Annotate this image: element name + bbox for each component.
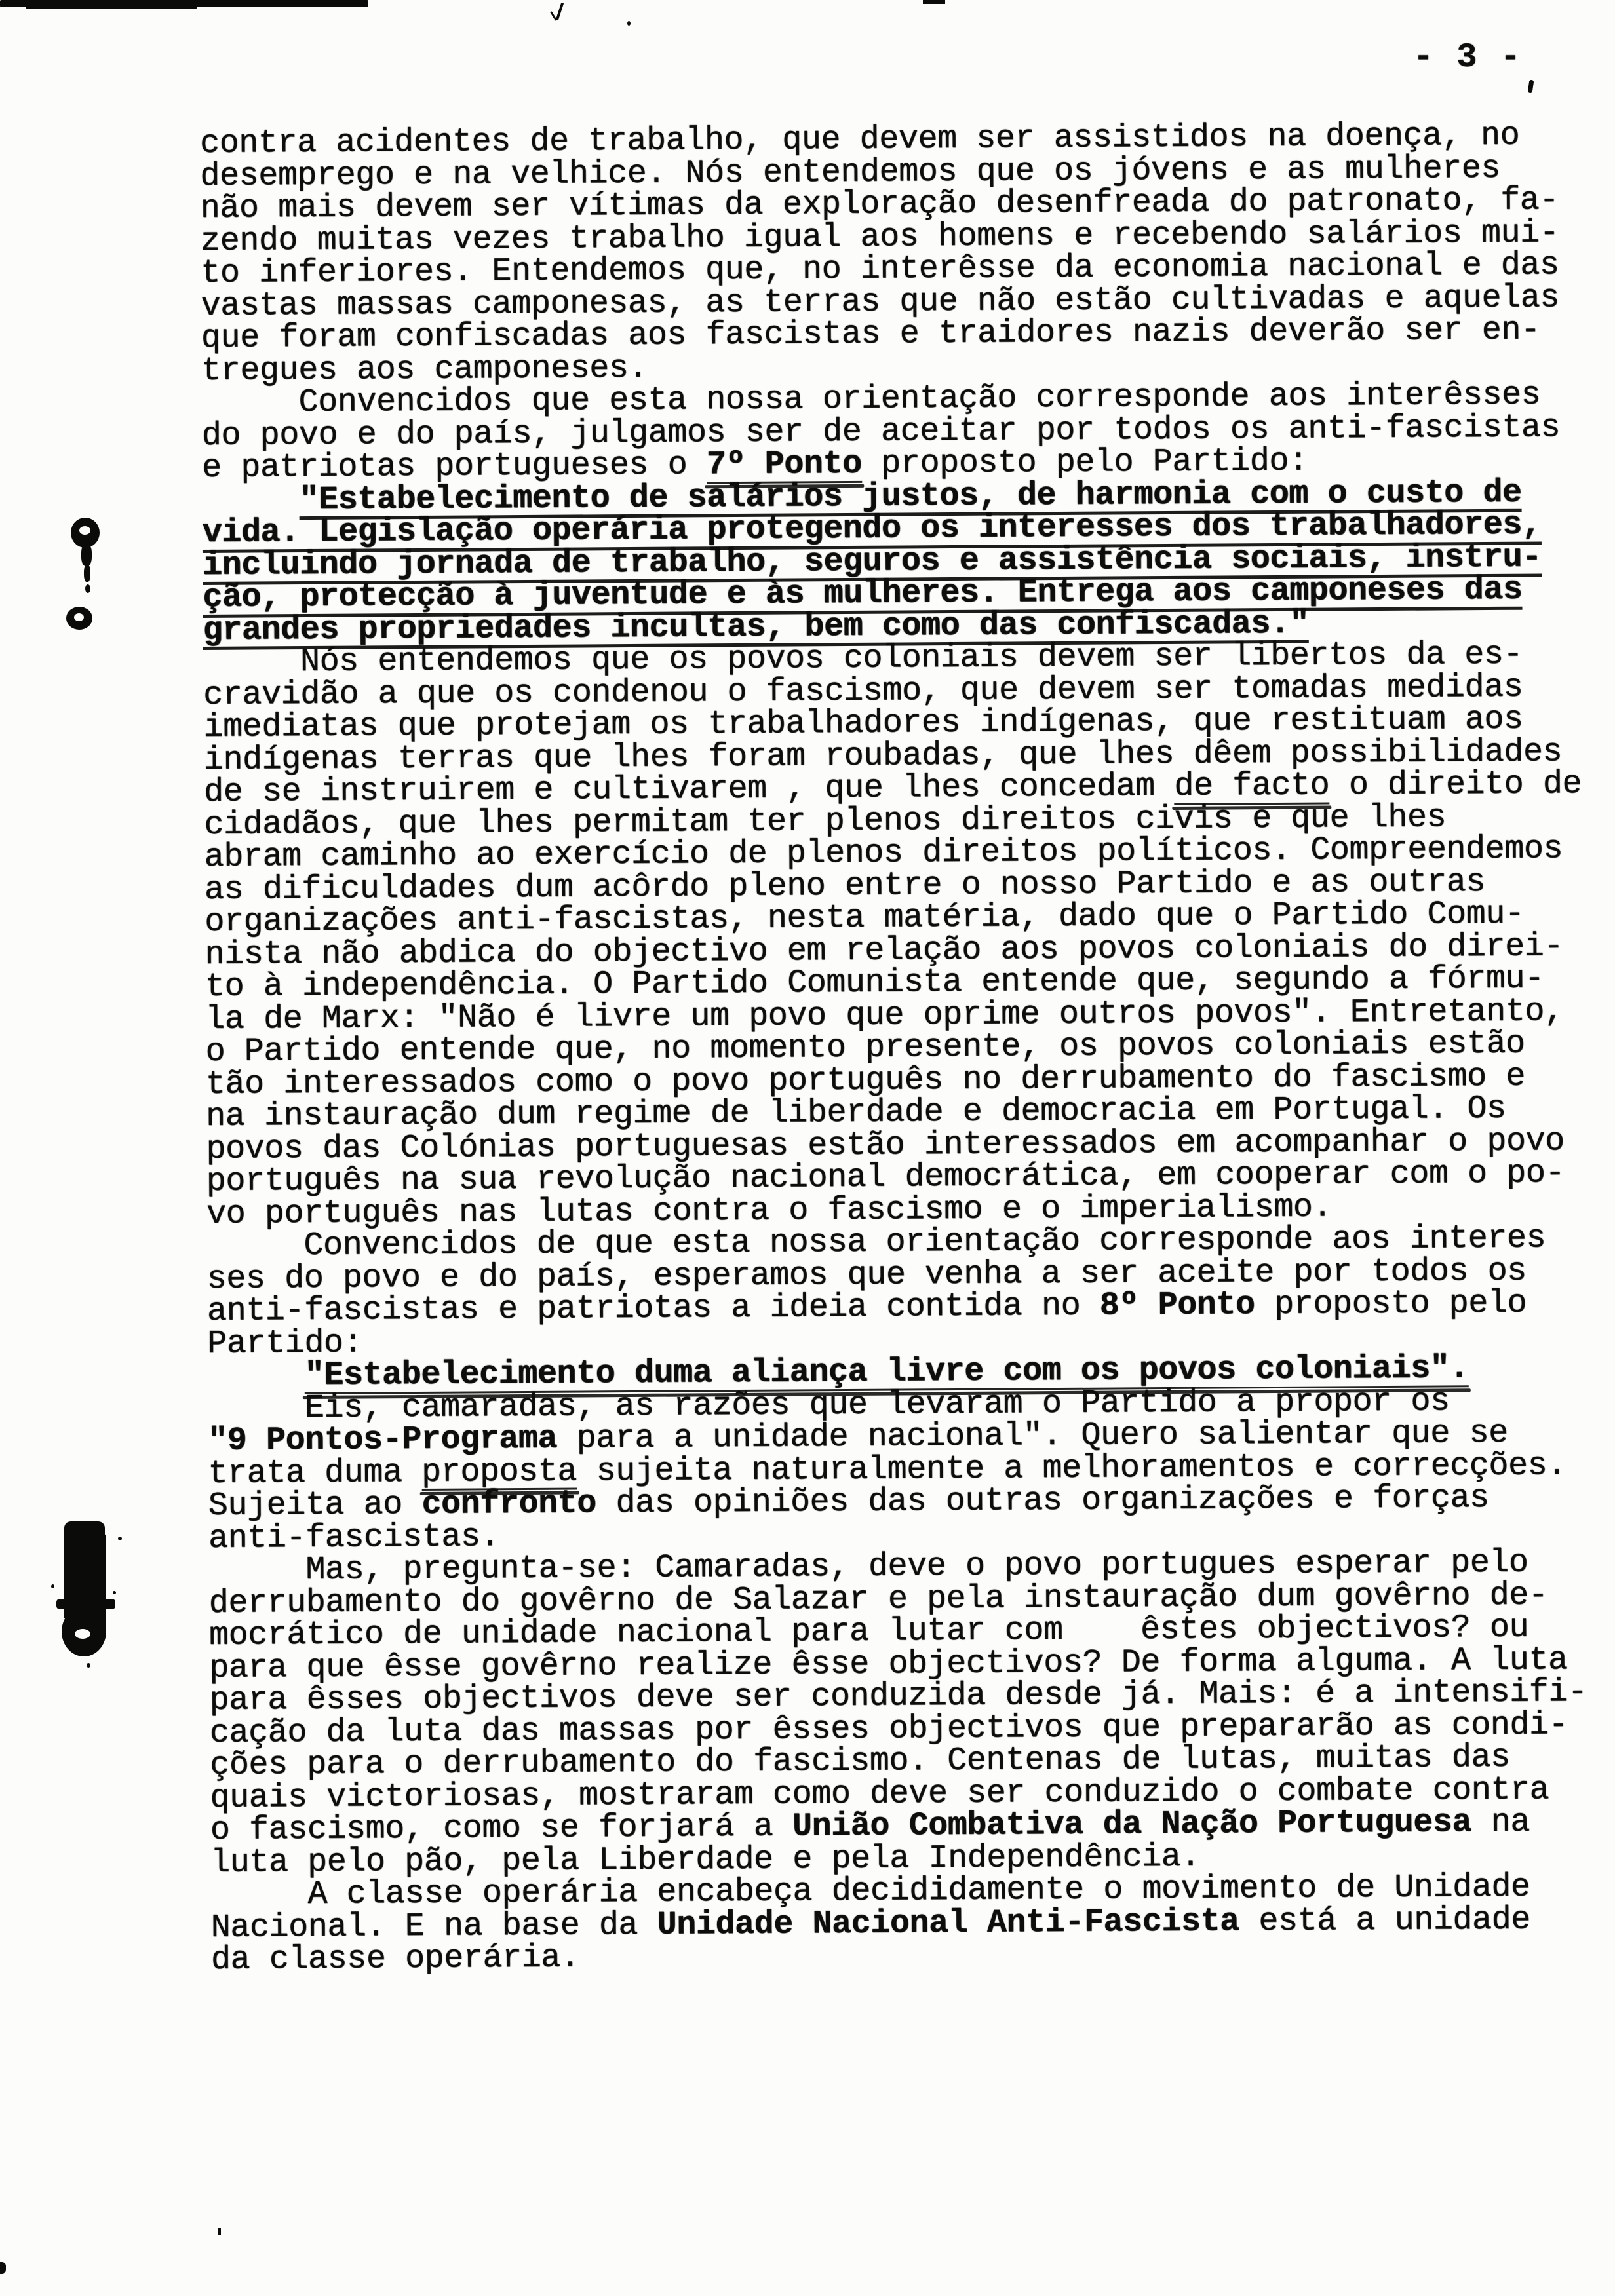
- scan-speck-bottom: [218, 2228, 221, 2235]
- text-line: Sujeita ao confronto das opiniões das ou…: [208, 1482, 1595, 1522]
- text-line: anti-fascistas e patriotas a ideia conti…: [207, 1287, 1593, 1328]
- text-line: "Estabelecimento duma aliança livre com …: [207, 1352, 1593, 1392]
- ink-splatter-exclamation-tail-2: [84, 565, 90, 582]
- ink-blob-speck-4: [87, 1663, 90, 1668]
- ink-blob-large-bar: [64, 1521, 105, 1603]
- scan-speck-bottom-left: [0, 2262, 6, 2274]
- ink-blob-speck-2: [51, 1584, 54, 1588]
- ink-splatter-exclamation-tail: [81, 544, 92, 566]
- text-line: que foram confiscadas aos fascistas e tr…: [201, 314, 1587, 354]
- scan-edge-tick: [923, 0, 945, 4]
- ink-blob-large-ring-hole: [75, 1629, 90, 1639]
- ink-blob-speck-1: [118, 1537, 122, 1540]
- ink-splatter-exclamation-dot: [85, 584, 90, 593]
- scan-speck-2: [1528, 80, 1534, 94]
- ink-splatter-hole: [79, 526, 90, 535]
- document-body: contra acidentes de trabalho, que devem …: [200, 119, 1597, 1976]
- scanned-document-page: - 3 - contra acidentes de trabalho, que …: [0, 0, 1615, 2296]
- text-line: Nacional. E na base da Unidade Nacional …: [211, 1904, 1597, 1944]
- scan-check-mark: [556, 3, 564, 20]
- scan-edge-streak-2: [26, 6, 197, 9]
- ink-splatter-ring-hole: [74, 613, 84, 621]
- page-number: - 3 -: [1413, 38, 1522, 77]
- scan-speck: [627, 21, 631, 26]
- scan-check-mark-2: [550, 11, 556, 20]
- ink-blob-speck-3: [113, 1591, 116, 1594]
